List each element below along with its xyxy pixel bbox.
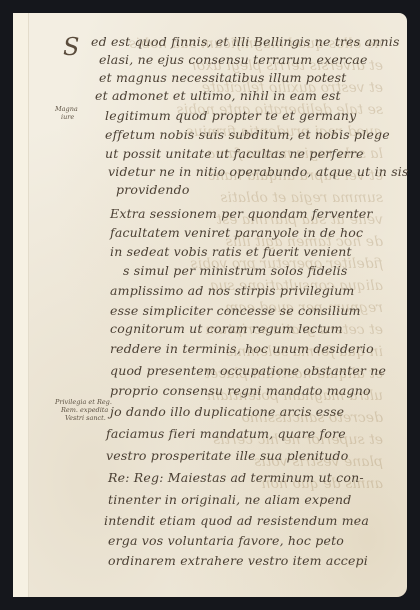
text-line: vestro prosperitate ille sua plenitudo (106, 448, 348, 463)
text-line: erga vos voluntaria favore, hoc peto (108, 533, 344, 548)
text-line: intendit etiam quod ad resistendum mea (104, 513, 369, 528)
text-line: videtur ne in nitio operabundo, atque ut… (108, 164, 409, 179)
text-line: ut possit unitate ut facultas ne perferr… (105, 146, 364, 161)
text-line: elasi, ne ejus consensu terrarum exercae (99, 52, 368, 67)
text-line: providendo (116, 182, 190, 197)
text-line: et admonet et ultimo, nihil in eam est (95, 88, 341, 103)
text-line: legitimum quod propter te et germany (105, 108, 356, 123)
text-line: faciamus fieri mandatum, quare fore (106, 426, 346, 441)
text-line: et magnus necessitatibus illum potest (99, 70, 346, 85)
text-line: in sedeat vobis ratis et fuerit venient (110, 244, 352, 259)
binding-strip (13, 13, 29, 597)
text-line: effetum nobis suis subditum, et nobis pl… (105, 127, 390, 142)
text-line: reddere in terminis, hoc unum desiderio (110, 341, 374, 356)
margin-note-lower: Privilegia et Reg. Rem. expedita Vestri … (55, 398, 112, 422)
manuscript-page: ne ellos quod magnificum sua nobiset div… (13, 13, 407, 597)
text-line: ed est quod finnis, et illi Bellingis ne… (91, 34, 400, 49)
text-line: facultatem veniret paranyole in de hoc (110, 225, 363, 240)
text-line: tinenter in originali, ne aliam expend (108, 492, 352, 507)
text-line: amplissimo ad nos stirpis privilegium (110, 283, 354, 298)
text-line: quod presentem occupatione obstanter ne (110, 363, 386, 378)
text-line: s simul per ministrum solos fidelis (123, 263, 348, 278)
text-line: Re: Reg: Maiestas ad terminum ut con- (108, 470, 364, 485)
decorated-initial: S (63, 33, 79, 61)
margin-note-upper: Magna iure (55, 105, 78, 121)
text-line: cognitorum ut coram regum lectum (110, 321, 343, 336)
text-line: ordinarem extrahere vestro item accepi (108, 553, 368, 568)
text-line: proprio consensu regni mandato magno (110, 383, 371, 398)
text-line: esse simpliciter concesse se consilium (110, 303, 361, 318)
text-line: jo dando illo duplicatione arcis esse (110, 404, 344, 419)
text-line: Extra sessionem per quondam ferventer (110, 206, 373, 221)
